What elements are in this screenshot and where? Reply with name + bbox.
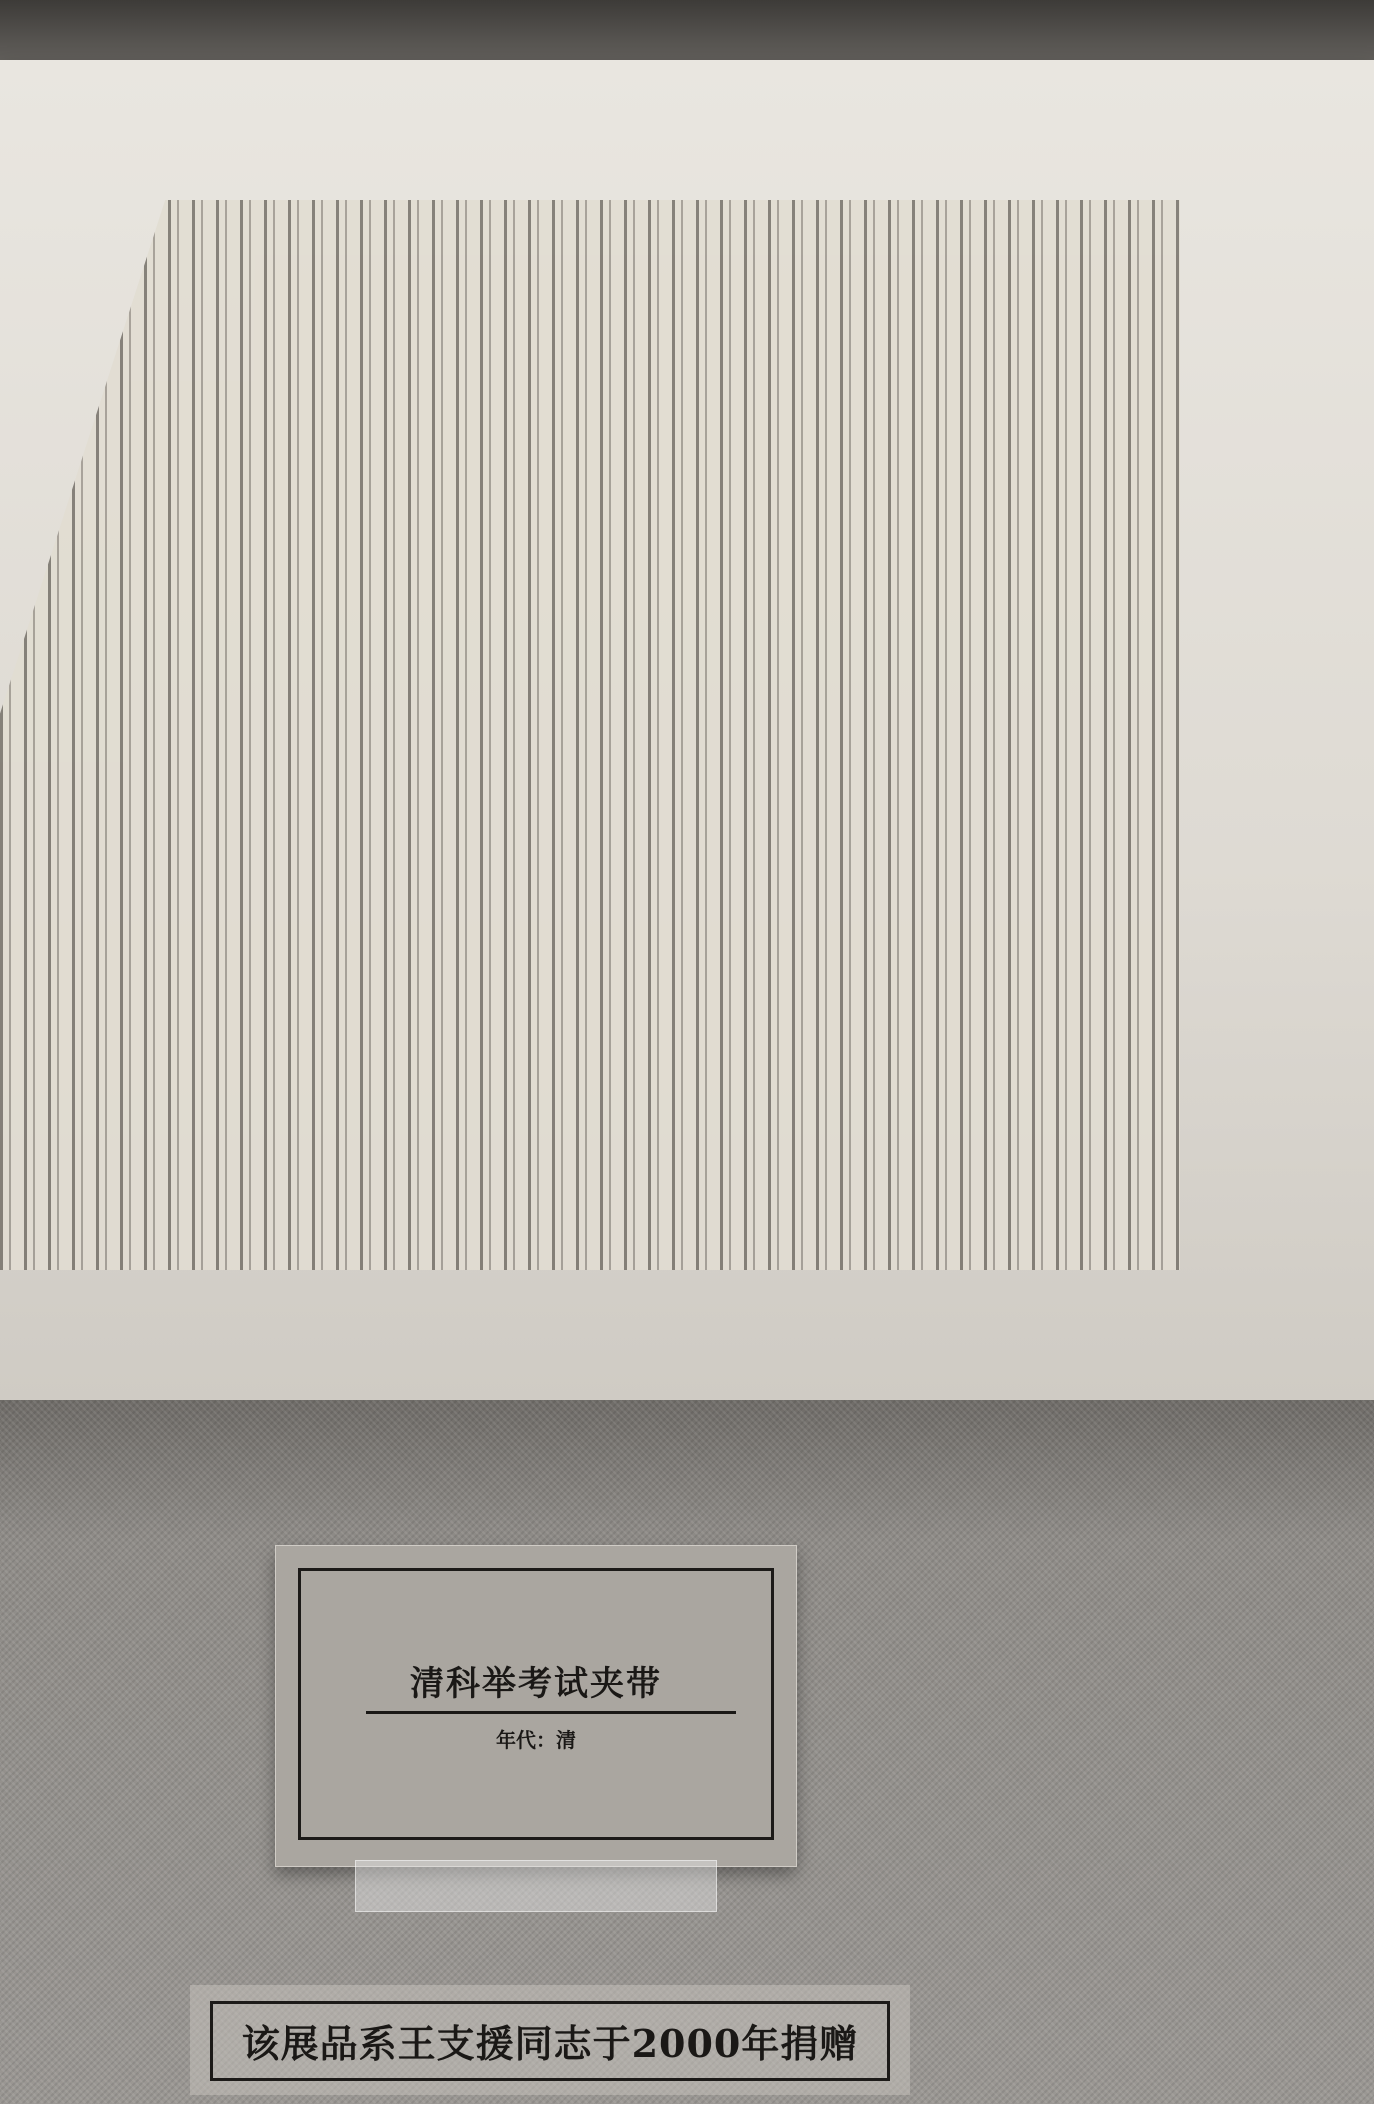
exhibit-title: 清科举考试夹带 (276, 1656, 796, 1705)
donor-text: 该展品系王支援同志于2000年捐赠 (190, 2013, 910, 2068)
label-stand (355, 1860, 717, 1912)
exhibit-era: 年代：清 (276, 1724, 796, 1753)
exhibit-label: 清科举考试夹带 年代：清 (275, 1545, 797, 1867)
crib-sheet-manuscript (0, 200, 1180, 1270)
display-mat (0, 60, 1374, 1400)
donor-plaque: 该展品系王支援同志于2000年捐赠 (190, 1985, 910, 2095)
label-divider (366, 1711, 736, 1714)
